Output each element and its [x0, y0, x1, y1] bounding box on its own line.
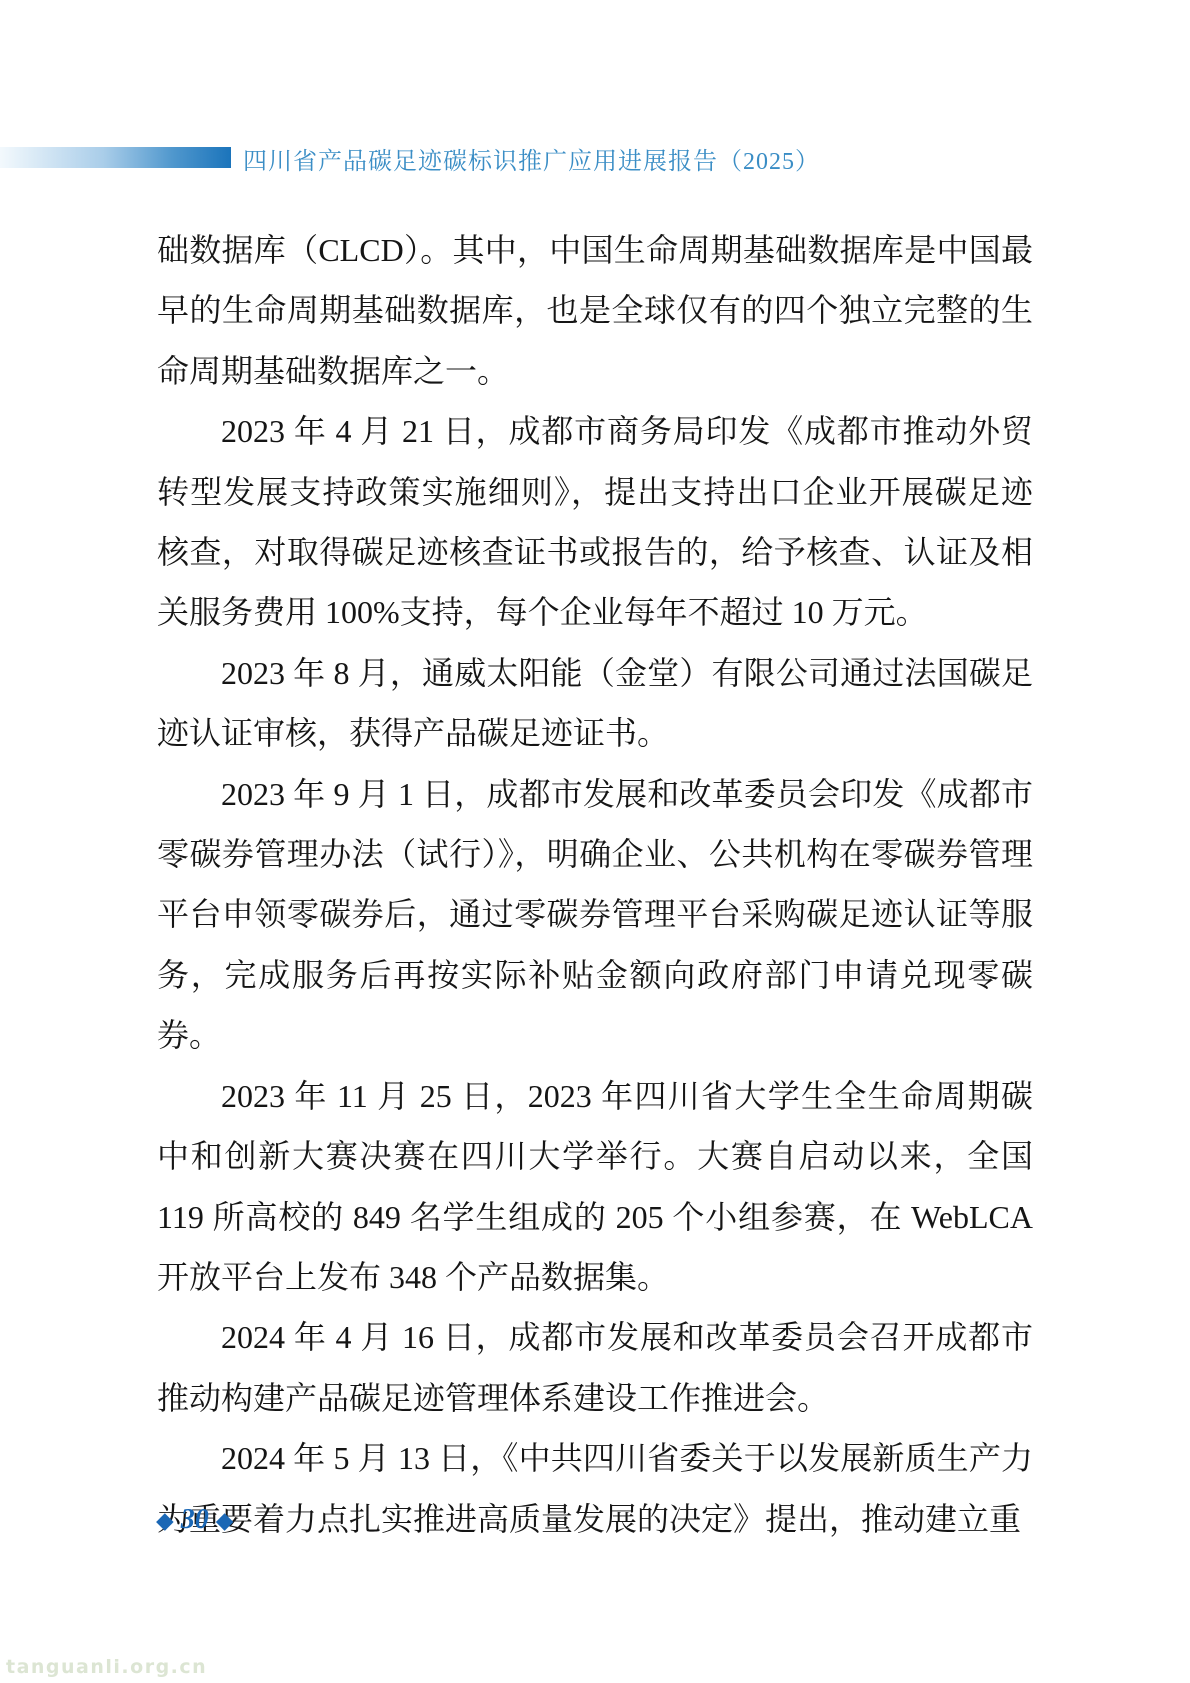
paragraph: 2024 年 4 月 16 日，成都市发展和改革委员会召开成都市推动构建产品碳足…	[157, 1307, 1033, 1428]
paragraph: 2024 年 5 月 13 日，《中共四川省委关于以发展新质生产力为重要着力点扎…	[157, 1428, 1033, 1549]
body-text-block: 础数据库（CLCD）。其中，中国生命周期基础数据库是中国最早的生命周期基础数据库…	[157, 220, 1033, 1549]
paragraph: 2023 年 8 月，通威太阳能（金堂）有限公司通过法国碳足迹认证审核，获得产品…	[157, 643, 1033, 764]
page-footer: ◆ 30 ◆	[156, 1506, 233, 1534]
paragraph: 础数据库（CLCD）。其中，中国生命周期基础数据库是中国最早的生命周期基础数据库…	[157, 220, 1033, 401]
paragraph: 2023 年 9 月 1 日，成都市发展和改革委员会印发《成都市零碳券管理办法（…	[157, 764, 1033, 1066]
paragraph: 2023 年 11 月 25 日，2023 年四川省大学生全生命周期碳中和创新大…	[157, 1066, 1033, 1308]
paragraph: 2023 年 4 月 21 日，成都市商务局印发《成都市推动外贸转型发展支持政策…	[157, 401, 1033, 643]
document-page: 四川省产品碳足迹碳标识推广应用进展报告（2025） 础数据库（CLCD）。其中，…	[0, 0, 1190, 1683]
diamond-icon: ◆	[156, 1509, 174, 1532]
diamond-icon: ◆	[216, 1509, 234, 1532]
page-number: 30	[181, 1506, 209, 1534]
running-header-title: 四川省产品碳足迹碳标识推广应用进展报告（2025）	[243, 141, 820, 176]
header-gradient-bar	[0, 147, 231, 168]
watermark: tanguanli.org.cn	[6, 1656, 207, 1678]
